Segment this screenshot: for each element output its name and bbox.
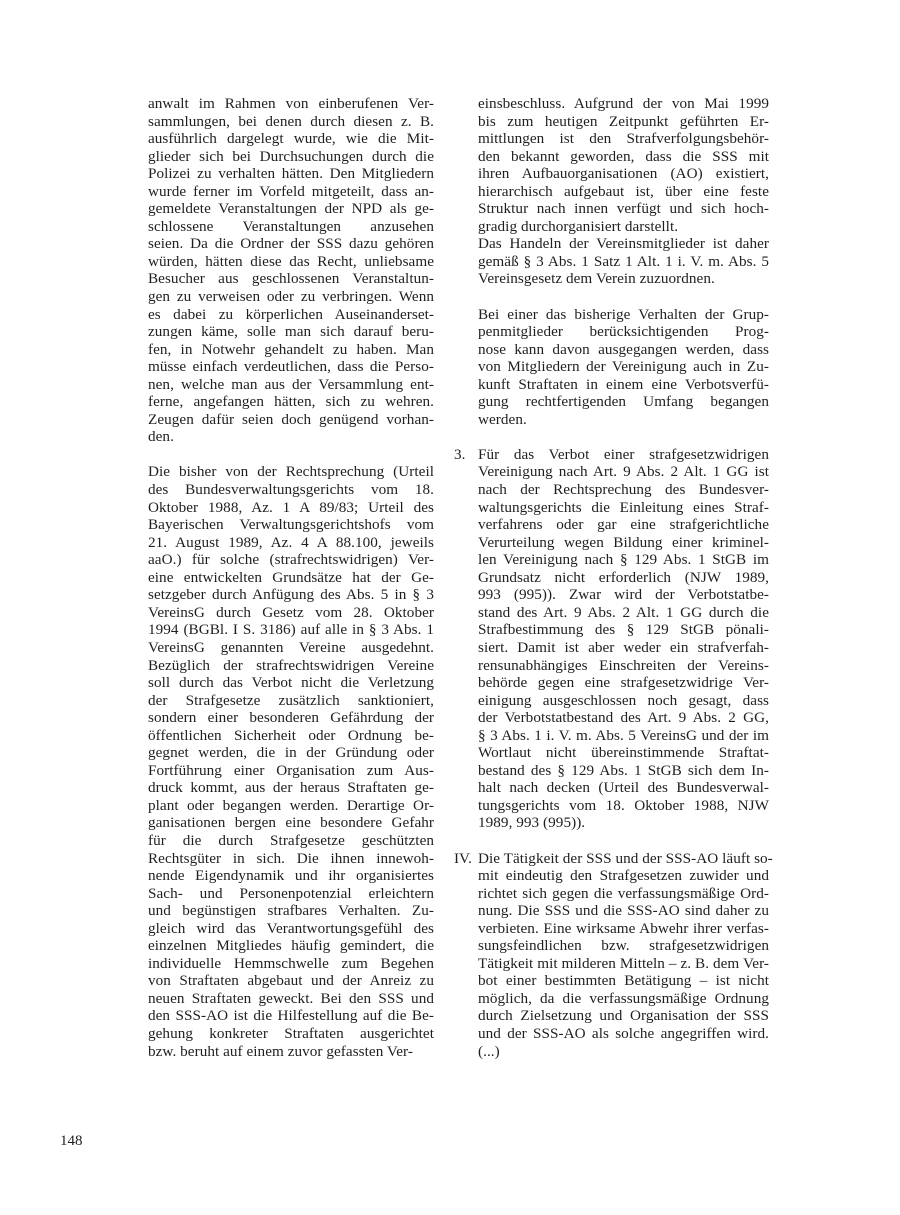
text-line: nose kann davon ausgegangen werden, dass [478,341,769,359]
text-line: bot einer bestimmten Betätigung – ist ni… [478,972,769,990]
text-line: (...) [478,1043,769,1061]
text-line: richtet sich gegen die verfassungsmäßige… [478,885,769,903]
text-line: und der SSS-AO als solche angegriffen wi… [478,1025,769,1043]
left-column: anwalt im Rahmen von einberufenen Ver-sa… [148,95,434,1078]
text-line: 1994 (BGBl. I S. 3186) auf alle in § 3 A… [148,621,434,639]
text-line: nende Eigendynamik und ihr organisiertes [148,867,434,885]
text-line: müsse einfach verdeutlichen, dass die Pe… [148,358,434,376]
text-line: den SSS-AO ist die Hilfestellung auf die… [148,1007,434,1025]
text-line: gegnet werden, die in der Gründung oder [148,744,434,762]
text-line: siert. Damit ist aber weder ein strafver… [478,639,769,657]
text-line: gemäß § 3 Abs. 1 Satz 1 Alt. 1 i. V. m. … [478,253,769,271]
text-line: Polizei zu verhalten hätten. Den Mitglie… [148,165,434,183]
text-line: Vereinigung nach Art. 9 Abs. 2 Alt. 1 GG… [478,463,769,481]
text-line: Die bisher von der Rechtsprechung (Urtei… [148,463,434,481]
paragraph-prognosis: Bei einer das bisherige Verhalten der Gr… [478,306,769,429]
text-line: 993 (995)). Zwar wird der Verbotstatbe- [478,586,769,604]
text-line: nung. Die SSS und die SSS-AO sind daher … [478,902,769,920]
text-line: Fortführung einer Organisation zum Aus- [148,762,434,780]
paragraph-investigation-findings: einsbeschluss. Aufgrund der von Mai 1999… [478,95,769,288]
text-line: aaO.) für solche (strafrechtswidrigen) V… [148,551,434,569]
section-iv: IV. Die Tätigkeit der SSS und der SSS-AO… [478,850,769,1061]
text-line: ausführlich dargelegt wurde, wie die Mit… [148,130,434,148]
text-line: würden, hätten diese das Recht, unliebsa… [148,253,434,271]
text-line: individuelle Hemmschwelle zum Begehen [148,955,434,973]
text-line: VereinsG genannten Vereine ausgedehnt. [148,639,434,657]
text-line: kunft Straftaten in einem eine Verbotsve… [478,376,769,394]
text-line: nach der Rechtsprechung des Bundesver- [478,481,769,499]
text-line: behörde gegen eine strafgesetzwidrige Ve… [478,674,769,692]
text-line: den. [148,428,434,446]
text-line: von Straftaten abgebaut und der Anreiz z… [148,972,434,990]
text-line: der Strafgesetze zusätzlich sanktioniert… [148,692,434,710]
text-line: rensunabhängiges Einschreiten der Verein… [478,657,769,675]
text-line: Das Handeln der Vereinsmitglieder ist da… [478,235,769,253]
text-line: mittlungen ist den Strafverfolgungsbehör… [478,130,769,148]
text-line: Bei einer das bisherige Verhalten der Gr… [478,306,769,324]
text-line: ihren Aufbauorganisationen (AO) existier… [478,165,769,183]
text-line: Rechtsgüter in sich. Die ihnen innewoh- [148,850,434,868]
text-line: Wortlaut nicht übereinstimmende Straftat… [478,744,769,762]
text-line: halt nach decken (Urteil des Bundesverwa… [478,779,769,797]
text-line: öffentlichen Sicherheit oder Ordnung be- [148,727,434,745]
text-line: plant oder begangen werden. Derartige Or… [148,797,434,815]
text-line: tungsgerichts vom 18. Oktober 1988, NJW [478,797,769,815]
text-line: fen, in Notwehr gehandelt zu haben. Man [148,341,434,359]
text-line: seien. Da die Ordner der SSS dazu gehöre… [148,235,434,253]
text-line: sungsfeindlichen bzw. strafgesetzwidrige… [478,937,769,955]
text-line: für die durch Strafgesetze geschützten [148,832,434,850]
text-line: bestand des § 129 Abs. 1 StGB sich dem I… [478,762,769,780]
text-line: Sach- und Personenpotenzial erleichtern [148,885,434,903]
text-line: einsbeschluss. Aufgrund der von Mai 1999 [478,95,769,113]
text-line: schlossene Veranstaltungen anzusehen [148,218,434,236]
text-line: waltungsgerichts die Einleitung eines St… [478,499,769,517]
text-line: und begünstigen strafbares Verhalten. Zu… [148,902,434,920]
text-line: Vereinsgesetz dem Verein zuzuordnen. [478,270,769,288]
list-marker: 3. [454,446,465,464]
text-line: setzgeber durch Anfügung des Abs. 5 in §… [148,586,434,604]
paragraph-meeting-instructions: anwalt im Rahmen von einberufenen Ver-sa… [148,95,434,446]
text-line: penmitglieder berücksichtigenden Prog- [478,323,769,341]
paragraph-case-law: Die bisher von der Rechtsprechung (Urtei… [148,463,434,1060]
text-line: verbieten. Eine wirksame Abwehr ihrer ve… [478,920,769,938]
text-line: gradig durchorganisiert darstellt. [478,218,769,236]
text-line: anwalt im Rahmen von einberufenen Ver- [148,95,434,113]
text-line: Für das Verbot einer strafgesetzwidrigen [478,446,769,464]
text-line: Oktober 1988, Az. 1 A 89/83; Urteil des [148,499,434,517]
text-line: bzw. beruht auf einem zuvor gefassten Ve… [148,1043,434,1061]
text-line: des Bundesverwaltungsgerichts vom 18. [148,481,434,499]
text-line: neuen Straftaten geweckt. Bei den SSS un… [148,990,434,1008]
text-line: Die Tätigkeit der SSS und der SSS-AO läu… [478,850,769,868]
text-line: gehung konkreter Straftaten ausgerichtet [148,1025,434,1043]
text-line: Tätigkeit mit milderen Mitteln – z. B. d… [478,955,769,973]
text-line: 21. August 1989, Az. 4 A 88.100, jeweils [148,534,434,552]
text-line: Strafbestimmung des § 129 StGB pönali- [478,621,769,639]
text-line: sammlungen, bei denen durch diesen z. B. [148,113,434,131]
text-line: ferne, angefangen hätten, sich zu wehren… [148,393,434,411]
text-line: es dabei zu körperlichen Auseinanderset- [148,306,434,324]
text-line: soll durch das Verbot nicht die Verletzu… [148,674,434,692]
text-line: werden. [478,411,769,429]
numbered-item-3: 3. Für das Verbot einer strafgesetzwidri… [478,446,769,832]
text-line: VereinsG durch Gesetz vom 28. Oktober [148,604,434,622]
text-line: hierarchisch aufgebaut ist, über eine fe… [478,183,769,201]
right-column: einsbeschluss. Aufgrund der von Mai 1999… [478,95,769,1060]
text-line: bis zum heutigen Zeitpunkt geführten Er- [478,113,769,131]
text-line: mit eindeutig den Strafgesetzen zuwider … [478,867,769,885]
text-line: Besucher aus geschlossenen Veranstaltun- [148,270,434,288]
text-line: einzelnen Mitgliedes häufig gemindert, d… [148,937,434,955]
section-marker: IV. [454,850,472,868]
text-line: wurde ferner im Vorfeld mitgeteilt, dass… [148,183,434,201]
text-line: den bekannt geworden, dass die SSS mit [478,148,769,166]
text-line: Verurteilung wegen Bildung einer krimine… [478,534,769,552]
text-line: len Vereinigung nach § 129 Abs. 1 StGB i… [478,551,769,569]
text-line: druck kommt, aus der heraus Straftaten g… [148,779,434,797]
text-line: möglich, da die verfassungsmäßige Ordnun… [478,990,769,1008]
text-line: gleich wird das Verantwortungsgefühl des [148,920,434,938]
text-line: gemeldete Veranstaltungen der NPD als ge… [148,200,434,218]
text-line: glieder sich bei Durchsuchungen durch di… [148,148,434,166]
text-line: Bayerischen Verwaltungsgerichtshofs vom [148,516,434,534]
text-line: gung rechtfertigenden Umfang begangen [478,393,769,411]
text-line: nen, welche man aus der Versammlung ent- [148,376,434,394]
text-line: ganisationen bergen eine besondere Gefah… [148,814,434,832]
text-line: sondern einer besonderen Gefährdung der [148,709,434,727]
text-line: Bezüglich der strafrechtswidrigen Verein… [148,657,434,675]
page-number: 148 [60,1133,83,1150]
text-line: der Verbotstatbestand des Art. 9 Abs. 2 … [478,709,769,727]
text-line: Grundsatz nicht erforderlich (NJW 1989, [478,569,769,587]
text-line: zungen käme, solle man sich darauf beru- [148,323,434,341]
text-line: 1989, 993 (995)). [478,814,769,832]
text-line: Struktur nach innen verfügt und sich hoc… [478,200,769,218]
text-line: eine entwickelten Grundsätze hat der Ge- [148,569,434,587]
text-line: Zeugen dafür seien doch genügend vorhan- [148,411,434,429]
text-line: einigung ausgeschlossen noch gesagt, das… [478,692,769,710]
text-line: stand des Art. 9 Abs. 2 Alt. 1 GG durch … [478,604,769,622]
text-line: § 3 Abs. 1 i. V. m. Abs. 5 VereinsG und … [478,727,769,745]
text-line: gen zu verweisen oder zu verbringen. Wen… [148,288,434,306]
text-line: von Mitgliedern der Vereinigung auch in … [478,358,769,376]
text-line: verfahrens oder gar eine strafgerichtlic… [478,516,769,534]
text-line: durch Zielsetzung und Organisation der S… [478,1007,769,1025]
